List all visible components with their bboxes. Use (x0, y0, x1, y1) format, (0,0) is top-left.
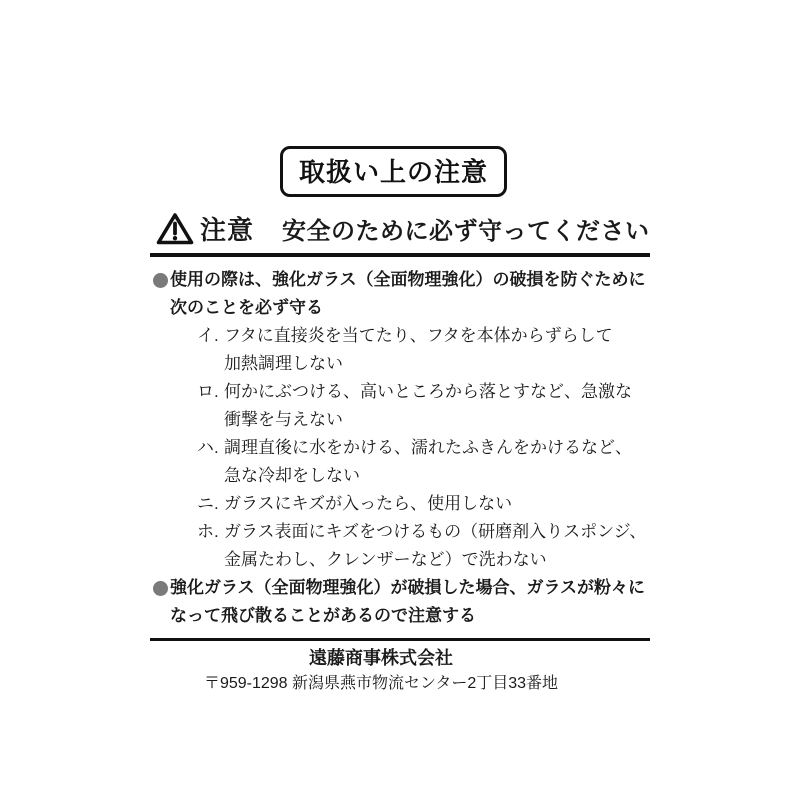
text-line: 衝撃を与えない (224, 406, 650, 434)
item-label: イ. (197, 322, 224, 378)
bullet-dot-icon (153, 581, 168, 596)
caution-header: 注意 安全のために必ず守ってください (150, 210, 650, 247)
company-address: 〒959-1298 新潟県燕市物流センター2丁目33番地 (150, 671, 612, 696)
text-line: 次のことを必ず守る (170, 294, 650, 322)
page-title: 取扱い上の注意 (299, 157, 488, 187)
text-line: 調理直後に水をかける、濡れたふきんをかけるなど、 (224, 434, 650, 462)
divider-bottom (150, 638, 650, 641)
list-item: ニ. ガラスにキズが入ったら、使用しない (150, 490, 650, 518)
item-label: ハ. (197, 434, 224, 490)
list-item: ロ. 何かにぶつける、高いところから落とすなど、急激な 衝撃を与えない (150, 378, 650, 434)
precautions-body: 使用の際は、強化ガラス（全面物理強化）の破損を防ぐために 次のことを必ず守る イ… (150, 266, 650, 630)
divider-top (150, 253, 650, 257)
text-line: 何かにぶつける、高いところから落とすなど、急激な (224, 378, 650, 406)
label-content: 取扱い上の注意 注意 安全のために必ず守ってください 使用の際は、強化ガラス（全… (150, 146, 650, 696)
bullet-section: 使用の際は、強化ガラス（全面物理強化）の破損を防ぐために 次のことを必ず守る (150, 266, 650, 322)
footer: 遠藤商事株式会社 〒959-1298 新潟県燕市物流センター2丁目33番地 (150, 645, 650, 696)
bullet-section: 強化ガラス（全面物理強化）が破損した場合、ガラスが粉々に なって飛び散ることがあ… (150, 574, 650, 630)
item-label: ニ. (197, 490, 224, 518)
list-item: イ. フタに直接炎を当てたり、フタを本体からずらして 加熱調理しない (150, 322, 650, 378)
text-line: 急な冷却をしない (224, 462, 650, 490)
text-line: 金属たわし、クレンザーなど）で洗わない (224, 546, 650, 574)
list-item: ハ. 調理直後に水をかける、濡れたふきんをかけるなど、 急な冷却をしない (150, 434, 650, 490)
title-box: 取扱い上の注意 (280, 146, 507, 197)
item-label: ホ. (197, 518, 224, 574)
caution-headline: 安全のために必ず守ってください (282, 211, 650, 246)
company-name: 遠藤商事株式会社 (150, 645, 612, 671)
warning-triangle-icon (156, 212, 194, 246)
text-line: フタに直接炎を当てたり、フタを本体からずらして (224, 322, 650, 350)
text-line: ガラスにキズが入ったら、使用しない (224, 490, 650, 518)
text-line: 使用の際は、強化ガラス（全面物理強化）の破損を防ぐために (170, 266, 650, 294)
caution-label-sheet: 取扱い上の注意 注意 安全のために必ず守ってください 使用の際は、強化ガラス（全… (0, 0, 800, 800)
text-line: なって飛び散ることがあるので注意する (170, 602, 650, 630)
text-line: ガラス表面にキズをつけるもの（研磨剤入りスポンジ、 (224, 518, 650, 546)
list-item: ホ. ガラス表面にキズをつけるもの（研磨剤入りスポンジ、 金属たわし、クレンザー… (150, 518, 650, 574)
text-line: 加熱調理しない (224, 350, 650, 378)
caution-word: 注意 (200, 210, 254, 247)
item-label: ロ. (197, 378, 224, 434)
text-line: 強化ガラス（全面物理強化）が破損した場合、ガラスが粉々に (170, 574, 650, 602)
bullet-dot-icon (153, 273, 168, 288)
